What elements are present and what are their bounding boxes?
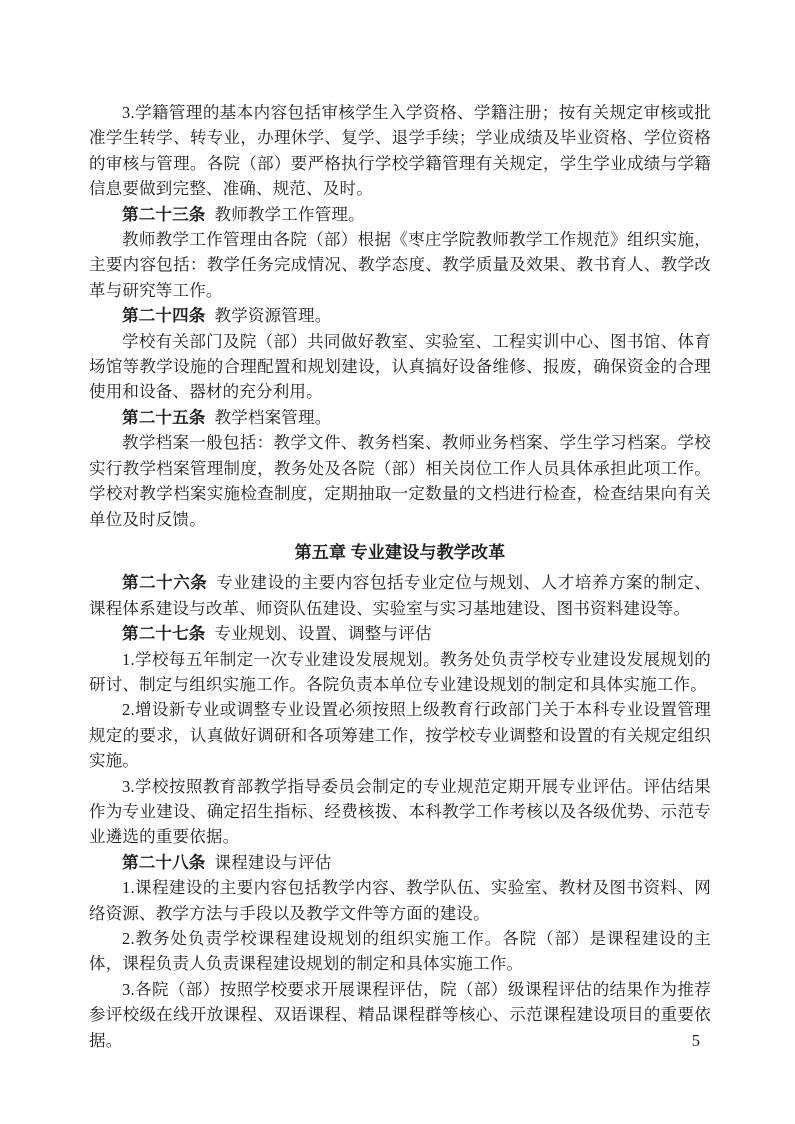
paragraph: 学校有关部门及院（部）共同做好教室、实验室、工程实训中心、图书馆、体育场馆等教学… (89, 329, 711, 405)
paragraph-text: 1.课程建设的主要内容包括教学内容、教学队伍、实验室、教材及图书资料、网络资源、… (89, 878, 711, 922)
article-heading: 第二十四条教学资源管理。 (89, 303, 711, 328)
article-number: 第二十六条 (122, 573, 207, 592)
paragraph-text: 2.增设新专业或调整专业设置必须按照上级教育行政部门关于本科专业设置管理规定的要… (89, 700, 711, 770)
article-number: 第二十七条 (122, 624, 206, 643)
paragraph-text: 学校有关部门及院（部）共同做好教室、实验室、工程实训中心、图书馆、体育场馆等教学… (89, 332, 711, 402)
article-heading: 第二十三条教师教学工作管理。 (89, 202, 711, 227)
article-title: 课程建设与评估 (215, 853, 332, 872)
paragraph: 3.各院（部）按照学校要求开展课程评估，院（部）级课程评估的结果作为推荐参评校级… (89, 977, 711, 1053)
paragraph: 1.课程建设的主要内容包括教学内容、教学队伍、实验室、教材及图书资料、网络资源、… (89, 875, 711, 926)
paragraph: 2.增设新专业或调整专业设置必须按照上级教育行政部门关于本科专业设置管理规定的要… (89, 697, 711, 773)
article-heading: 第二十五条教学档案管理。 (89, 405, 711, 430)
paragraph-text: 1.学校每五年制定一次专业建设发展规划。教务处负责学校专业建设发展规划的研讨、制… (89, 650, 711, 694)
paragraph-text: 2.教务处负责学校课程建设规划的组织实施工作。各院（部）是课程建设的主体，课程负… (89, 929, 711, 973)
article-title: 教学档案管理。 (215, 408, 332, 427)
article-number: 第二十三条 (122, 205, 206, 224)
paragraph-text: 3.各院（部）按照学校要求开展课程评估，院（部）级课程评估的结果作为推荐参评校级… (89, 980, 711, 1050)
article-heading: 第二十八条课程建设与评估 (89, 850, 711, 875)
paragraph: 2.教务处负责学校课程建设规划的组织实施工作。各院（部）是课程建设的主体，课程负… (89, 926, 711, 977)
article-title: 专业规划、设置、调整与评估 (215, 624, 432, 643)
paragraph: 教师教学工作管理由各院（部）根据《枣庄学院教师教学工作规范》组织实施，主要内容包… (89, 227, 711, 303)
article-number: 第二十四条 (122, 306, 206, 325)
article-number: 第二十五条 (122, 408, 206, 427)
paragraph: 3.学籍管理的基本内容包括审核学生入学资格、学籍注册；按有关规定审核或批准学生转… (89, 100, 711, 202)
document-body: 3.学籍管理的基本内容包括审核学生入学资格、学籍注册；按有关规定审核或批准学生转… (89, 100, 711, 1053)
paragraph: 教学档案一般包括：教学文件、教务档案、教师业务档案、学生学习档案。学校实行教学档… (89, 430, 711, 532)
article-heading: 第二十六条专业建设的主要内容包括专业定位与规划、人才培养方案的制定、课程体系建设… (89, 570, 711, 621)
article-number: 第二十八条 (122, 853, 206, 872)
paragraph-text: 3.学籍管理的基本内容包括审核学生入学资格、学籍注册；按有关规定审核或批准学生转… (89, 103, 711, 198)
article-title: 教学资源管理。 (215, 306, 332, 325)
paragraph: 1.学校每五年制定一次专业建设发展规划。教务处负责学校专业建设发展规划的研讨、制… (89, 647, 711, 698)
paragraph-text: 教学档案一般包括：教学文件、教务档案、教师业务档案、学生学习档案。学校实行教学档… (89, 433, 711, 528)
document-page: 3.学籍管理的基本内容包括审核学生入学资格、学籍注册；按有关规定审核或批准学生转… (0, 0, 795, 1124)
chapter-heading: 第五章 专业建设与教学改革 (89, 540, 711, 565)
chapter-title: 第五章 专业建设与教学改革 (295, 543, 506, 562)
page-number: 5 (692, 1030, 700, 1052)
article-title: 教师教学工作管理。 (215, 205, 365, 224)
paragraph-text: 教师教学工作管理由各院（部）根据《枣庄学院教师教学工作规范》组织实施，主要内容包… (89, 230, 711, 300)
article-heading: 第二十七条专业规划、设置、调整与评估 (89, 621, 711, 646)
paragraph: 3.学校按照教育部教学指导委员会制定的专业规范定期开展专业评估。评估结果作为专业… (89, 774, 711, 850)
paragraph-text: 3.学校按照教育部教学指导委员会制定的专业规范定期开展专业评估。评估结果作为专业… (89, 777, 711, 847)
